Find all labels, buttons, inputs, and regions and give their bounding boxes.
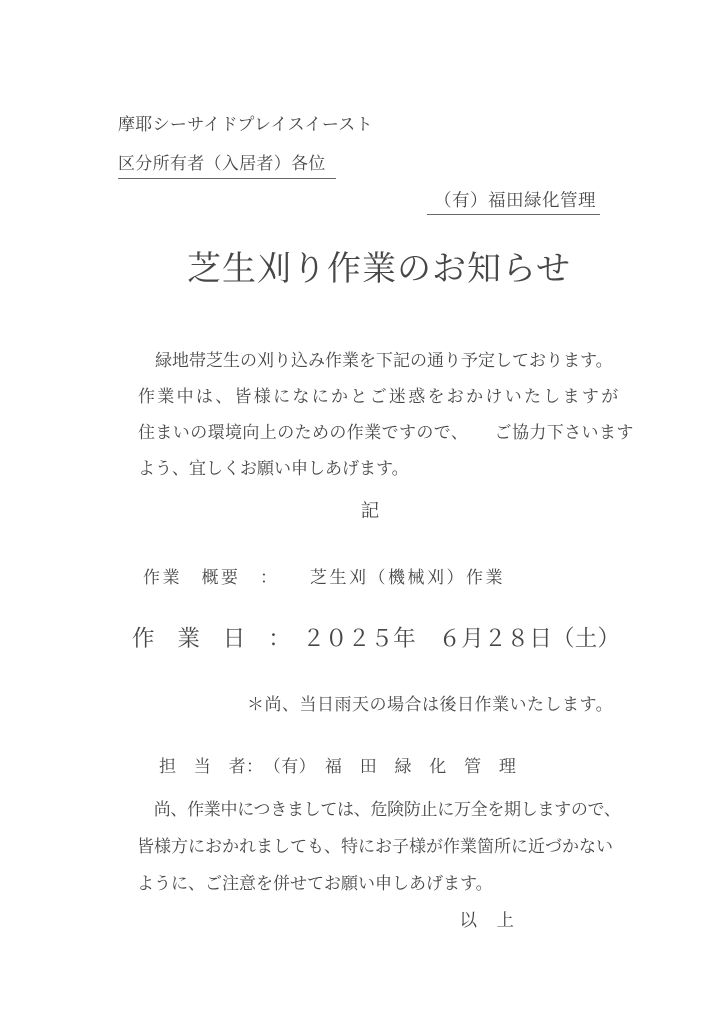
intro-line-1: 緑地帯芝生の刈り込み作業を下記の通り予定しております。 [138,343,620,379]
contact-line: 担 当 者： （有） 福 田 緑 化 管 理 [159,755,724,779]
intro-line-3: 住まいの環境向上のための作業ですので、 ご協力下さいます [138,415,620,451]
intro-line-2: 作業中は、皆様になにかとご迷惑をおかけいたしますが [138,379,620,415]
record-heading-row: 記 [0,499,724,525]
sender-name: （有）福田緑化管理 [427,189,600,215]
sender-row: （有）福田緑化管理 [0,189,600,215]
intro-paragraph: 緑地帯芝生の刈り込み作業を下記の通り予定しております。 作業中は、皆様になにかと… [138,343,620,487]
caution-line-2: 皆様方におかれましても、特にお子様が作業箇所に近づかない [137,828,634,865]
record-heading: 記 [361,499,380,525]
work-date-line: 作 業 日 ： ２０２５年 ６月２８日（土） [132,623,724,655]
addressee-row: 区分所有者（入居者）各位 [118,153,724,179]
addressee-line: 区分所有者（入居者）各位 [118,153,336,179]
notice-document-page: 摩耶シーサイドプレイスイースト 区分所有者（入居者）各位 （有）福田緑化管理 芝… [0,0,724,1024]
intro-line-4: よう、宜しくお願い申しあげます。 [138,451,620,487]
caution-line-3: ように、ご注意を併せてお願い申しあげます。 [137,865,634,902]
work-summary-line: 作業 概要 ： 芝生刈（機械刈）作業 [143,565,724,591]
caution-line-1: 尚、作業中につきましては、危険防止に万全を期しますので、 [137,791,634,828]
closing-mark: 以 上 [460,908,516,932]
building-name: 摩耶シーサイドプレイスイースト [118,114,724,136]
notice-title: 芝生刈り作業のお知らせ [187,247,571,293]
title-row: 芝生刈り作業のお知らせ [0,247,724,293]
rain-note: ＊尚、当日雨天の場合は後日作業いたします。 [247,693,724,717]
closing-row: 以 上 [0,908,515,932]
caution-paragraph: 尚、作業中につきましては、危険防止に万全を期しますので、 皆様方におかれましても… [137,791,634,902]
